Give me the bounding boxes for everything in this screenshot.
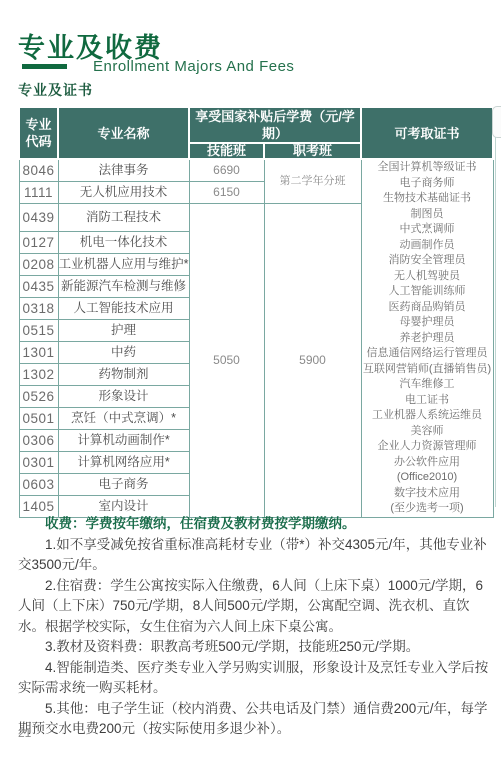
major-name: 计算机网络应用* [58, 451, 189, 473]
major-code: 0515 [19, 319, 58, 341]
fee-note-item: 4.智能制造类、医疗类专业入学另购实训服，形象设计及烹饪专业入学后按实际需求统一… [18, 658, 492, 699]
major-name: 工业机器人应用与维护* [58, 253, 189, 275]
certificate-item: 无人机驾驶员 [362, 269, 493, 285]
major-code: 0501 [19, 407, 58, 429]
page-edge-line [495, 137, 496, 507]
major-code: 0306 [19, 429, 58, 451]
fee-note-item: 5.其他：电子学生证（校内消费、公共电话及门禁）通信费200元/年，每学期预交水… [18, 699, 492, 740]
merged-exam-fee: 5900 [264, 204, 361, 518]
certificate-item: 电子商务师 [362, 176, 493, 192]
certificate-item: 工业机器人系统运维员 [362, 408, 493, 424]
certificate-item: 汽车维修工 [362, 377, 493, 393]
major-code: 0526 [19, 385, 58, 407]
major-name: 药物制剂 [58, 363, 189, 385]
merged-skill-fee: 5050 [189, 204, 264, 518]
section-title: 专业及证书 [18, 80, 93, 100]
header-skill-class: 技能班 [189, 143, 264, 159]
fee-note-item: 3.教材及资料费：职教高考班500元/学期，技能班250元/学期。 [18, 637, 492, 658]
fee-note-item: 2.住宿费：学生公寓按实际入住缴费，6人间（上床下桌）1000元/学期，6人间（… [18, 576, 492, 638]
major-name: 电子商务 [58, 473, 189, 495]
certificate-item: 母婴护理员 [362, 315, 493, 331]
major-name: 新能源汽车检测与维修 [58, 275, 189, 297]
certificate-item: 信息通信网络运行管理员 [362, 346, 493, 362]
page-number: 21 [18, 726, 31, 740]
header-certificates: 可考取证书 [361, 107, 493, 159]
certificate-item: 电工证书 [362, 393, 493, 409]
page-edge-tab [492, 106, 501, 138]
major-name: 法律事务 [58, 159, 189, 182]
certificate-item: (Office2010) [362, 470, 493, 486]
certificate-item: 美容师 [362, 424, 493, 440]
certificate-item: 养老护理员 [362, 331, 493, 347]
certificate-item: 全国计算机等级证书 [362, 160, 493, 176]
skill-fee: 6690 [189, 159, 264, 182]
certificate-item: 人工智能训练师 [362, 284, 493, 300]
major-name: 消防工程技术 [58, 204, 189, 232]
major-code: 0208 [19, 253, 58, 275]
major-code: 0435 [19, 275, 58, 297]
page-subtitle-en: Enrollment Majors And Fees [93, 58, 294, 75]
certificates-cell: 全国计算机等级证书 电子商务师 生物技术基础证书 制图员 中式烹调师 动画制作员… [361, 159, 493, 517]
major-name: 人工智能技术应用 [58, 297, 189, 319]
certificate-item: 互联网营销师(直播销售员) [362, 362, 493, 378]
major-code: 0127 [19, 231, 58, 253]
certificate-item: 动画制作员 [362, 238, 493, 254]
certificate-item: 医药商品购销员 [362, 300, 493, 316]
header-exam-class: 职考班 [264, 143, 361, 159]
major-name: 机电一体化技术 [58, 231, 189, 253]
header-major-name: 专业名称 [58, 107, 189, 159]
certificate-item: 办公软件应用 [362, 455, 493, 471]
major-code: 1302 [19, 363, 58, 385]
table-row: 8046 法律事务 6690 第二学年分班 全国计算机等级证书 电子商务师 生物… [19, 159, 493, 182]
certificate-item: 生物技术基础证书 [362, 191, 493, 207]
exam-class-note: 第二学年分班 [264, 159, 361, 204]
major-code: 0301 [19, 451, 58, 473]
skill-fee: 6150 [189, 182, 264, 204]
major-name: 中药 [58, 341, 189, 363]
major-code: 0318 [19, 297, 58, 319]
header-fee-group: 享受国家补贴后学费（元/学期） [189, 107, 361, 143]
major-name: 计算机动画制作* [58, 429, 189, 451]
majors-fees-table: 专业代码 专业名称 享受国家补贴后学费（元/学期） 可考取证书 技能班 职考班 … [18, 106, 494, 518]
major-code: 8046 [19, 159, 58, 182]
certificate-item: 数字技术应用 [362, 486, 493, 502]
title-underline-bar [22, 64, 67, 69]
certificate-item: 企业人力资源管理师 [362, 439, 493, 455]
major-code: 0603 [19, 473, 58, 495]
subtitle-row: Enrollment Majors And Fees [22, 58, 342, 74]
fee-notes: 收费：学费按年缴纳，住宿费及教材费按学期缴纳。 1.如不享受减免按省重标准高耗材… [18, 514, 492, 740]
certificate-item: 中式烹调师 [362, 222, 493, 238]
major-code: 0439 [19, 204, 58, 232]
major-name: 无人机应用技术 [58, 182, 189, 204]
fee-note-item: 1.如不享受减免按省重标准高耗材专业（带*）补交4305元/年，其他专业补交35… [18, 535, 492, 576]
certificate-item: 消防安全管理员 [362, 253, 493, 269]
major-code: 1111 [19, 182, 58, 204]
major-name: 烹饪（中式烹调）* [58, 407, 189, 429]
fee-notes-intro: 收费：学费按年缴纳，住宿费及教材费按学期缴纳。 [18, 514, 492, 535]
major-code: 1301 [19, 341, 58, 363]
major-name: 护理 [58, 319, 189, 341]
certificate-item: 制图员 [362, 207, 493, 223]
header-major-code: 专业代码 [19, 107, 58, 159]
major-name: 形象设计 [58, 385, 189, 407]
